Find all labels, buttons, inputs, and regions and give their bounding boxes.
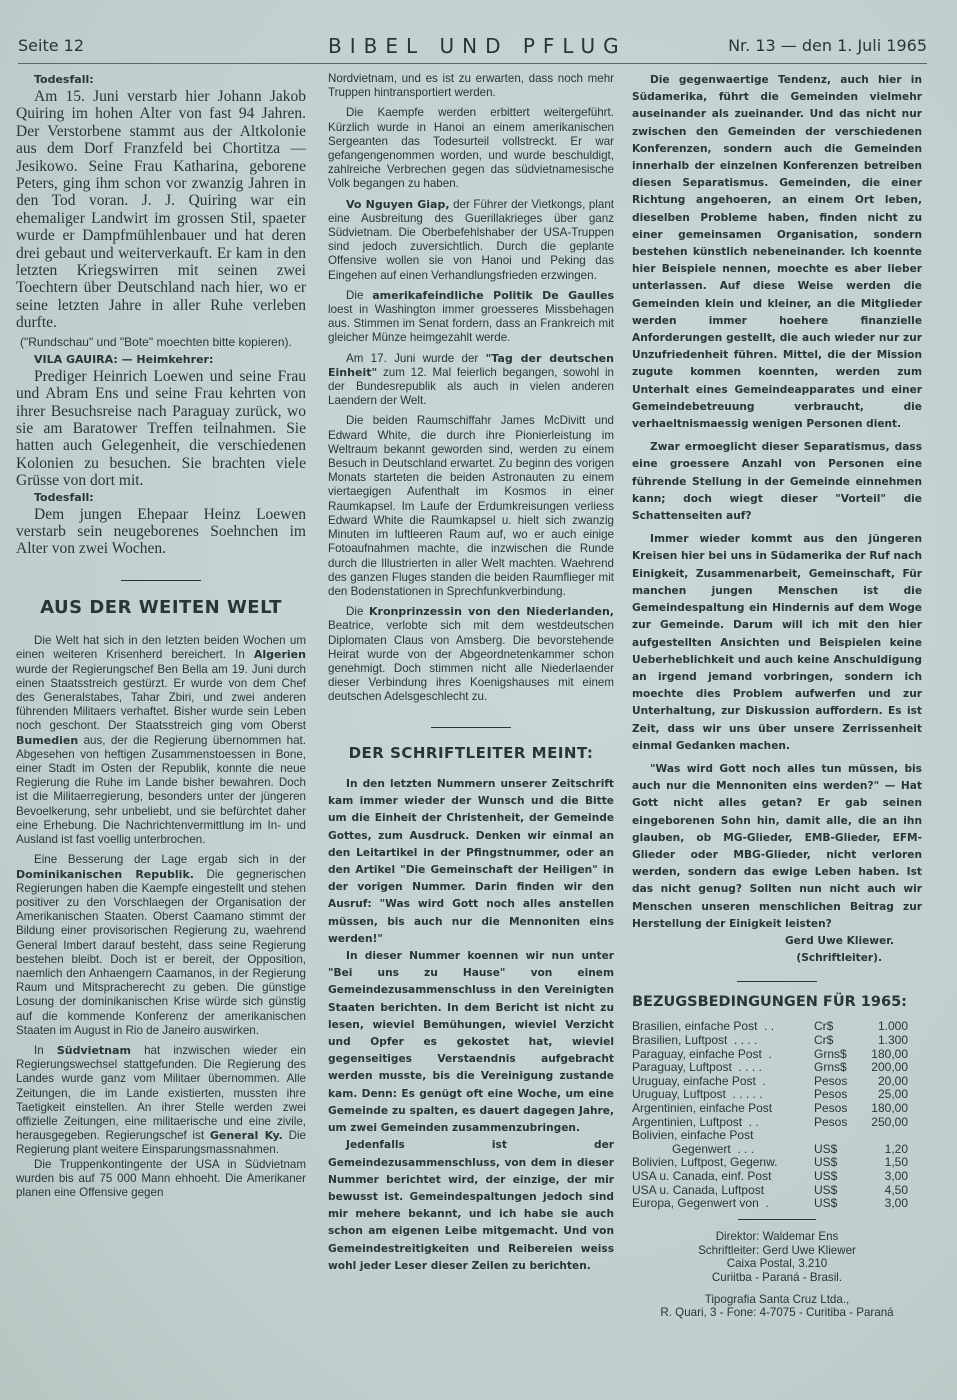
world-paragraph-troops: Die Truppenkontingente der USA in Südvie… <box>16 1158 306 1201</box>
price-row: USA u. Canada, LuftpostUS$4,50 <box>632 1184 908 1198</box>
price-currency: US$ <box>814 1184 858 1198</box>
price-amount: 3,00 <box>858 1197 908 1211</box>
price-row: Brasilien, einfache Post . .Cr$1.000 <box>632 1020 908 1034</box>
price-amount: 1.300 <box>858 1034 908 1048</box>
newspaper-page: Seite 12 BIBEL UND PFLUG Nr. 13 — den 1.… <box>0 0 957 1400</box>
editorial-paragraph-3: Jedenfalls ist der Gemeindezusammenschlu… <box>328 1137 614 1275</box>
price-currency: Pesos <box>814 1102 858 1116</box>
subscription-heading: BEZUGSBEDINGUNGEN FÜR 1965: <box>632 994 922 1010</box>
price-amount: 4,50 <box>858 1184 908 1198</box>
paragraph-crown-princess: Die Kronprinzessin von den Niederlanden,… <box>328 605 614 704</box>
price-label: Paraguay, Luftpost . . . . <box>632 1061 814 1075</box>
price-label: Paraguay, einfache Post . <box>632 1048 814 1062</box>
price-currency: US$ <box>814 1143 858 1157</box>
issue-date: Nr. 13 — den 1. Juli 1965 <box>728 36 927 55</box>
price-label: Gegenwert . . . <box>632 1143 814 1157</box>
world-news-heading: AUS DER WEITEN WELT <box>16 597 306 618</box>
subscription-price-table: Brasilien, einfache Post . .Cr$1.000Bras… <box>632 1020 908 1210</box>
signature-name: Gerd Uwe Kliewer. <box>632 933 894 950</box>
world-paragraph-vietnam: In Südvietnam hat inzwischen wieder ein … <box>16 1044 306 1158</box>
price-currency <box>814 1129 858 1143</box>
editorial-paragraph-1: In den letzten Nummern unserer Zeitschri… <box>328 776 614 948</box>
section-divider <box>737 981 817 983</box>
price-label: Argentinien, einfache Post <box>632 1102 814 1116</box>
price-amount: 1,50 <box>858 1156 908 1170</box>
price-row: Gegenwert . . .US$1,20 <box>632 1143 908 1157</box>
paragraph-de-gaulle: Die amerikafeindliche Politik De Gaulles… <box>328 289 614 346</box>
price-currency: Grns$ <box>814 1061 858 1075</box>
vila-gauira-heading: VILA GAUIRA: — Heimkehrer: <box>34 352 306 368</box>
price-amount: 180,00 <box>858 1048 908 1062</box>
paragraph-astronauts: Die beiden Raumschiffahr James McDivitt … <box>328 414 614 599</box>
price-amount: 180,00 <box>858 1102 908 1116</box>
price-row: Uruguay, einfache Post .Pesos20,00 <box>632 1075 908 1089</box>
masthead-rule <box>18 63 927 64</box>
price-row: Argentinien, Luftpost . .Pesos250,00 <box>632 1116 908 1130</box>
price-row: Argentinien, einfache PostPesos180,00 <box>632 1102 908 1116</box>
editorial-paragraph-2: In dieser Nummer koennen wir nun unter "… <box>328 948 614 1137</box>
price-row: USA u. Canada, einf. PostUS$3,00 <box>632 1170 908 1184</box>
paragraph-fighting: Die Kaempfe werden erbittert weitergefüh… <box>328 106 614 191</box>
price-amount: 200,00 <box>858 1061 908 1075</box>
price-amount: 25,00 <box>858 1088 908 1102</box>
world-paragraph-dominican: Eine Besserung der Lage ergab sich in de… <box>16 853 306 1038</box>
continued-text: Nordvietnam, und es ist zu erwarten, das… <box>328 72 614 100</box>
imprint-city: Curiitba - Paraná - Brasil. <box>632 1271 922 1285</box>
editorial-paragraph-7: "Was wird Gott noch alles tun müssen, bi… <box>632 761 922 933</box>
column-1: Todesfall: Am 15. Juni verstarb hier Joh… <box>16 72 306 1200</box>
price-label: Bolivien, Luftpost, Gegenw. <box>632 1156 814 1170</box>
page-number: Seite 12 <box>18 36 84 55</box>
price-currency: Pesos <box>814 1075 858 1089</box>
price-amount: 20,00 <box>858 1075 908 1089</box>
price-currency: Cr$ <box>814 1034 858 1048</box>
price-row: Brasilien, Luftpost . . . .Cr$1.300 <box>632 1034 908 1048</box>
editor-signature: Gerd Uwe Kliewer. (Schriftleiter). <box>632 933 922 967</box>
price-row: Uruguay, Luftpost . . . . .Pesos25,00 <box>632 1088 908 1102</box>
price-amount: 1.000 <box>858 1020 908 1034</box>
newspaper-title: BIBEL UND PFLUG <box>328 34 627 58</box>
price-amount <box>858 1129 908 1143</box>
editorial-paragraph-5: Zwar ermoeglicht dieser Separatismus, da… <box>632 439 922 525</box>
signature-role: (Schriftleiter). <box>632 950 894 967</box>
imprint-postbox: Caixa Postal, 3.210 <box>632 1257 922 1271</box>
price-currency: Grns$ <box>814 1048 858 1062</box>
editor-heading: DER SCHRIFTLEITER MEINT: <box>328 744 614 762</box>
price-row: Bolivien, einfache Post <box>632 1129 908 1143</box>
imprint-printer-address: R. Quari, 3 - Fone: 4-7075 - Curitiba - … <box>632 1306 922 1320</box>
section-divider <box>738 1219 816 1221</box>
price-label: USA u. Canada, Luftpost <box>632 1184 814 1198</box>
obituary-heading: Todesfall: <box>34 72 306 88</box>
paragraph-german-unity: Am 17. Juni wurde der "Tag der deutschen… <box>328 352 614 409</box>
price-currency: US$ <box>814 1156 858 1170</box>
price-label: Europa, Gegenwert von . <box>632 1197 814 1211</box>
price-label: Uruguay, Luftpost . . . . . <box>632 1088 814 1102</box>
masthead: Seite 12 BIBEL UND PFLUG Nr. 13 — den 1.… <box>18 32 927 62</box>
obituary-text: Am 15. Juni verstarb hier Johann Jakob Q… <box>16 88 306 332</box>
vila-gauira-text: Prediger Heinrich Loewen und seine Frau … <box>16 368 306 490</box>
imprint-editor: Schriftleiter: Gerd Uwe Kliewer <box>632 1244 922 1258</box>
price-amount: 1,20 <box>858 1143 908 1157</box>
obituary2-heading: Todesfall: <box>34 490 306 506</box>
price-row: Paraguay, Luftpost . . . .Grns$200,00 <box>632 1061 908 1075</box>
price-currency: US$ <box>814 1170 858 1184</box>
price-currency: Pesos <box>814 1088 858 1102</box>
price-label: Bolivien, einfache Post <box>632 1129 814 1143</box>
obituary2-text: Dem jungen Ehepaar Heinz Loewen verstarb… <box>16 506 306 558</box>
price-label: USA u. Canada, einf. Post <box>632 1170 814 1184</box>
price-currency: US$ <box>814 1197 858 1211</box>
price-row: Europa, Gegenwert von .US$3,00 <box>632 1197 908 1211</box>
paragraph-giap: Vo Nguyen Giap, der Führer der Vietkongs… <box>328 198 614 283</box>
price-amount: 3,00 <box>858 1170 908 1184</box>
imprint-director: Direktor: Waldemar Ens <box>632 1230 922 1244</box>
price-label: Brasilien, einfache Post . . <box>632 1020 814 1034</box>
price-amount: 250,00 <box>858 1116 908 1130</box>
price-row: Bolivien, Luftpost, Gegenw.US$1,50 <box>632 1156 908 1170</box>
price-label: Brasilien, Luftpost . . . . <box>632 1034 814 1048</box>
price-currency: Pesos <box>814 1116 858 1130</box>
column-2: Nordvietnam, und es ist zu erwarten, das… <box>328 72 614 1275</box>
price-currency: Cr$ <box>814 1020 858 1034</box>
imprint: Direktor: Waldemar Ens Schriftleiter: Ge… <box>632 1230 922 1320</box>
section-divider <box>121 580 201 582</box>
price-label: Uruguay, einfache Post . <box>632 1075 814 1089</box>
imprint-printer: Tipografia Santa Cruz Ltda., <box>632 1293 922 1307</box>
section-divider <box>431 727 511 729</box>
price-row: Paraguay, einfache Post .Grns$180,00 <box>632 1048 908 1062</box>
world-paragraph-algeria: Die Welt hat sich in den letzten beiden … <box>16 634 306 847</box>
column-3: Die gegenwaertige Tendenz, auch hier in … <box>632 72 922 1320</box>
obituary-note: ("Rundschau" und "Bote" moechten bitte k… <box>16 334 306 350</box>
editorial-paragraph-6: Immer wieder kommt aus den jüngeren Krei… <box>632 531 922 755</box>
price-label: Argentinien, Luftpost . . <box>632 1116 814 1130</box>
editorial-paragraph-4: Die gegenwaertige Tendenz, auch hier in … <box>632 72 922 433</box>
